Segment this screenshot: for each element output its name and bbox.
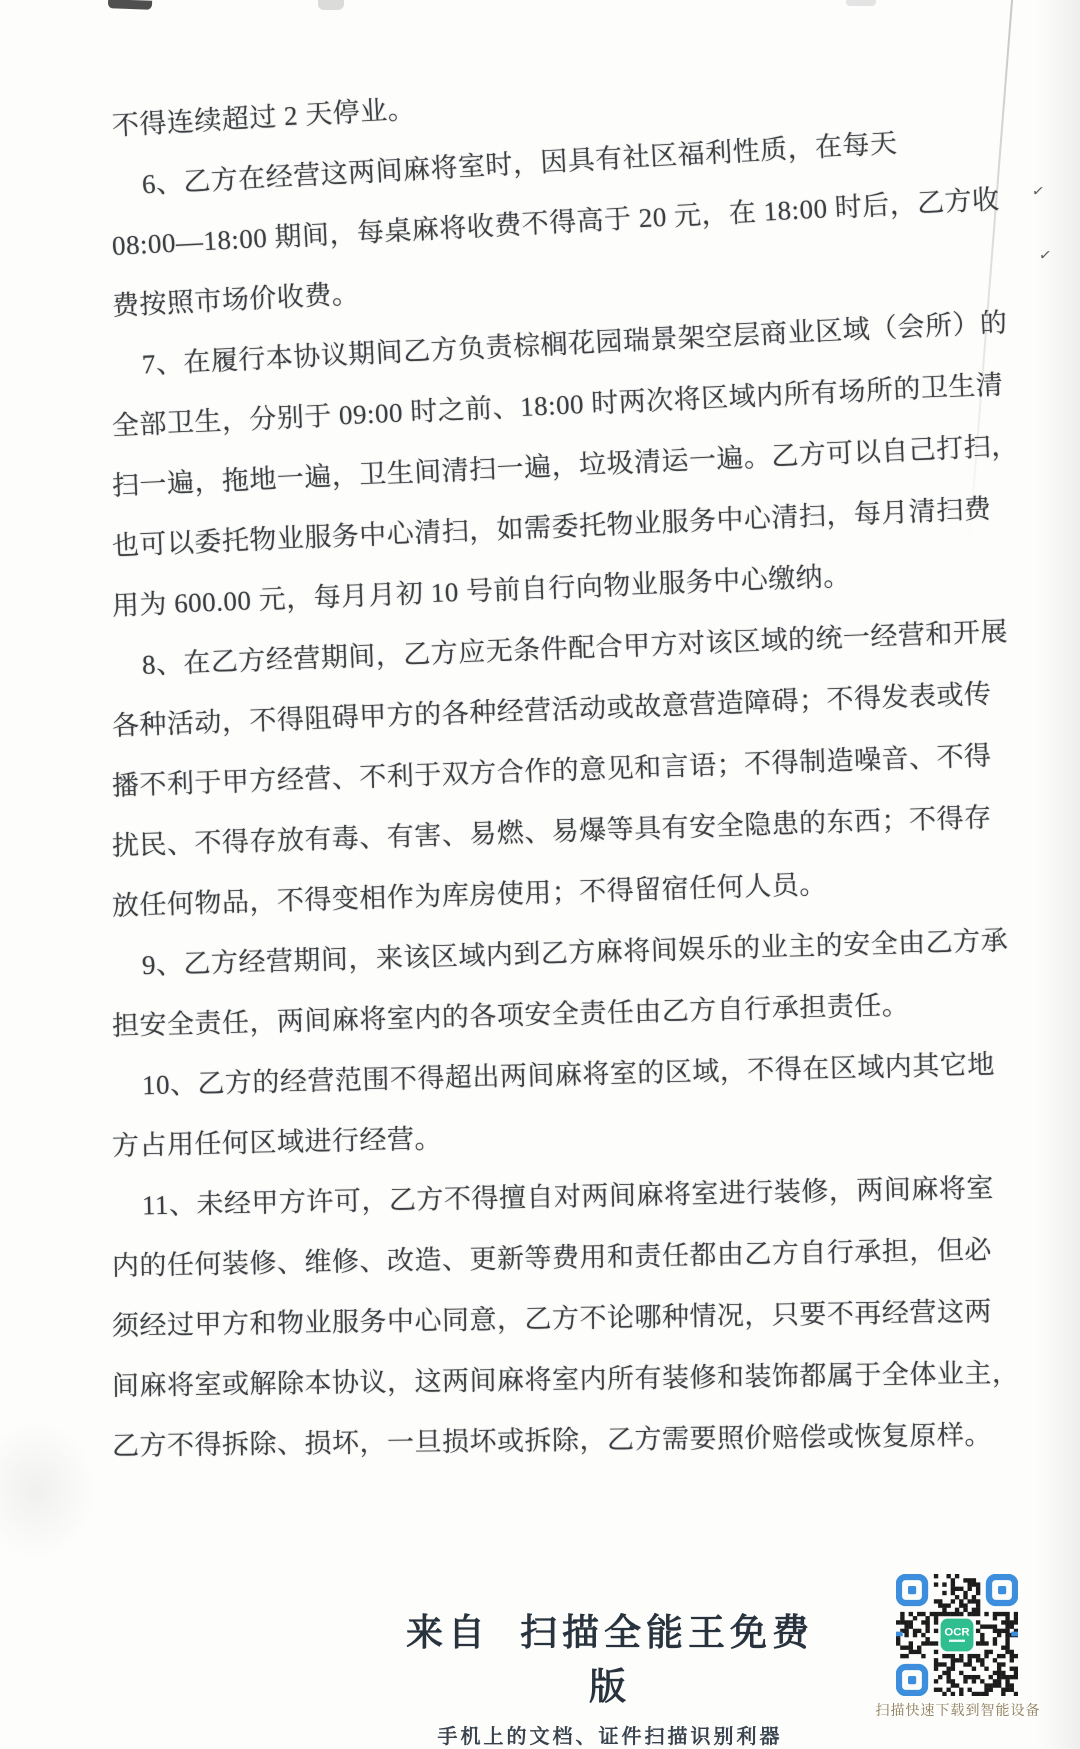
pen-checkmark: ✓	[1031, 181, 1046, 201]
scan-ink-artifact	[846, 0, 876, 6]
watermark-app-name: 扫描全能王免费版	[520, 1613, 814, 1708]
scan-ink-artifact	[108, 0, 152, 10]
contract-text-block: 不得连续超过 2 天停业。6、乙方在经营这两间麻将室时，因具有社区福利性质，在每…	[112, 96, 972, 1476]
watermark-tagline: 手机上的文档、证件扫描识别利器	[400, 1720, 820, 1749]
qr-finder-bottom-left	[899, 1667, 925, 1693]
qr-side-dash-right	[1011, 1632, 1018, 1637]
ocr-badge-label: OCR	[944, 1626, 969, 1638]
watermark-title: 来自扫描全能王免费版	[400, 1602, 820, 1710]
contract-line-23: 乙方不得拆除、损坏，一旦损坏或拆除，乙方需要照价赔偿或恢复原样。	[112, 1405, 973, 1476]
contract-line-22: 间麻将室或解除本协议，这两间麻将室内所有装修和装饰都属于全体业主，	[112, 1344, 973, 1416]
scanned-document-page: ✓ ✓ 不得连续超过 2 天停业。6、乙方在经营这两间麻将室时，因具有社区福利性…	[0, 0, 1080, 1749]
ocr-badge: OCR	[941, 1619, 974, 1652]
scan-smudge	[0, 1420, 96, 1560]
watermark-prefix: 来自	[406, 1613, 490, 1654]
qr-code: OCR	[896, 1574, 1018, 1696]
qr-side-dash-left	[896, 1632, 903, 1637]
paper-crease	[968, 0, 1014, 546]
qr-finder-top-left	[899, 1577, 925, 1603]
qr-code-block: OCR 扫描快速下载到智能设备	[896, 1574, 1022, 1720]
qr-caption: 扫描快速下载到智能设备	[870, 1700, 1046, 1720]
scan-ink-artifact	[318, 0, 344, 10]
pen-checkmark: ✓	[1038, 245, 1053, 265]
camscanner-watermark-text: 来自扫描全能王免费版 手机上的文档、证件扫描识别利器	[400, 1602, 820, 1749]
qr-finder-top-right	[989, 1577, 1015, 1603]
